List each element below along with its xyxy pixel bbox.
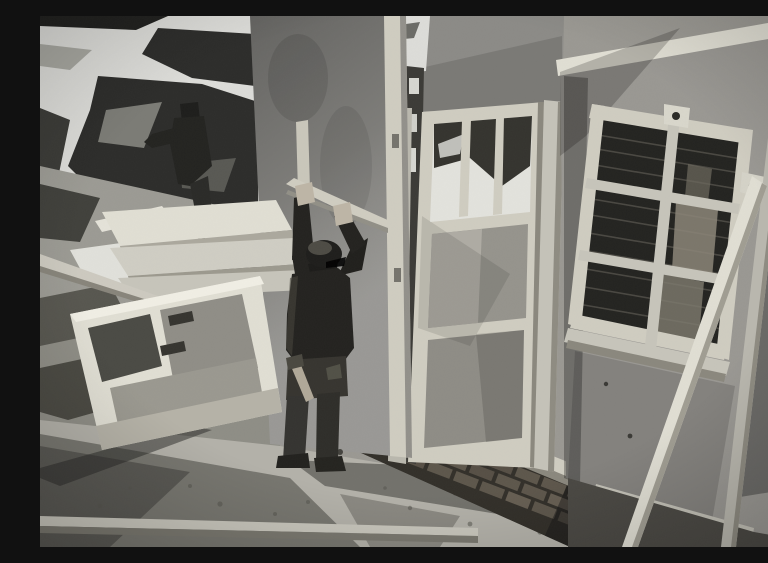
vignette	[40, 16, 768, 547]
photo-canvas	[40, 16, 768, 547]
construction-photo	[40, 16, 768, 547]
